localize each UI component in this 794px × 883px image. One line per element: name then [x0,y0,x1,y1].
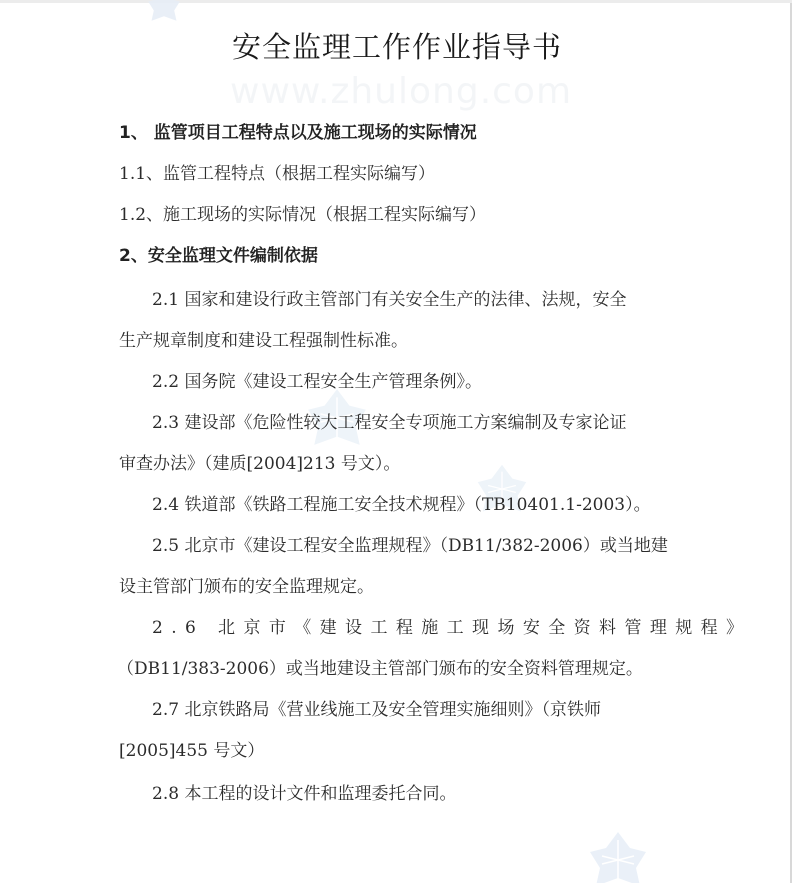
paragraph-line: 2.2 国务院《建设工程安全生产管理条例》。 [152,367,482,392]
paragraph-line: （DB11/383-2006）或当地建设主管部门颁布的安全资料管理规定。 [117,654,643,679]
paragraph-line: 2.1 国家和建设行政主管部门有关安全生产的法律、法规，安全 [152,285,626,310]
section-heading-2: 2、安全监理文件编制依据 [119,241,318,266]
subsection-heading-1-1: 1.1、监管工程特点（根据工程实际编写） [119,159,435,184]
watermark-logo-icon [588,829,648,883]
page-edge [790,3,792,883]
paragraph-line: 生产规章制度和建设工程强制性标准。 [119,326,408,351]
section-heading-1: 1、 监管项目工程特点以及施工现场的实际情况 [119,118,477,143]
subsection-heading-1-2: 1.2、施工现场的实际情况（根据工程实际编写） [119,200,486,225]
document-page: www.zhulong.com 安全监理工作作业指导书 1、 监管项目工程特点以… [0,0,792,883]
paragraph-line: 2.6 北京市《建设工程施工现场安全资料管理规程》 [152,613,751,638]
paragraph-line: 2.7 北京铁路局《营业线施工及安全管理实施细则》（京铁师 [152,695,601,720]
paragraph-line: 2.3 建设部《危险性较大工程安全专项施工方案编制及专家论证 [152,408,626,433]
paragraph-line: 2.5 北京市《建设工程安全监理规程》（DB11/382-2006）或当地建 [152,531,668,556]
paragraph-line: 2.4 铁道部《铁路工程施工安全技术规程》（TB10401.1-2003）。 [152,490,651,515]
paragraph-line: 审查办法》（建质[2004]213 号文）。 [119,449,400,474]
paragraph-line: 设主管部门颁布的安全监理规定。 [119,572,374,597]
paragraph-line: [2005]455 号文） [119,736,264,761]
watermark-text: www.zhulong.com [230,71,570,112]
document-title: 安全监理工作作业指导书 [0,25,794,66]
paragraph-line: 2.8 本工程的设计文件和监理委托合同。 [152,779,456,804]
watermark-logo-icon [142,0,186,23]
